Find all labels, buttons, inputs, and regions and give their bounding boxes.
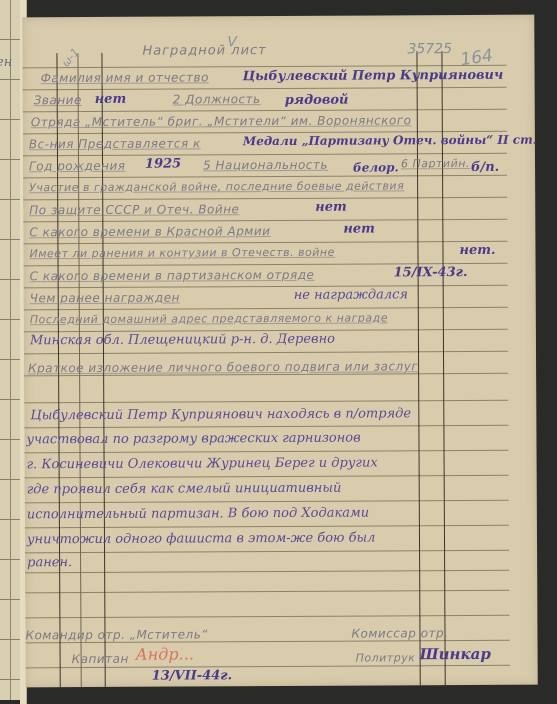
commissar-title: Комиссар отр. [351, 626, 448, 641]
field-label-defense: По защите СССР и Отеч. Войне [29, 202, 239, 217]
rule [24, 425, 508, 429]
rule [24, 400, 508, 404]
commander-rank: Капитан [72, 652, 129, 666]
summary-heading: Краткое изложение личного боевого подвиг… [28, 359, 418, 375]
field-label-birth-year: Год рождения [29, 159, 126, 174]
rule [25, 525, 509, 529]
field-label-award: Вс-ния Представляется к [29, 136, 201, 151]
rule [23, 109, 507, 113]
field-value-name: Цыбулевский Петр Куприянович [243, 68, 504, 84]
rule [23, 197, 507, 201]
rule [23, 153, 507, 157]
rule [25, 450, 509, 454]
field-value-award: Медали „Партизану Отеч. войны“ II ст. [243, 133, 537, 149]
rule [23, 175, 507, 179]
field-label-civil-war: Участие в гражданской войне, последние б… [29, 179, 404, 194]
field-value-nationality: белор. [353, 160, 399, 174]
rule [25, 570, 509, 574]
summary-line: уничтожил одного фашиста в этом-же бою б… [27, 531, 375, 548]
field-label-party: 6 Партийн. [401, 157, 470, 170]
summary-line: участвовал по разгрому вражеских гарнизо… [26, 431, 360, 448]
rule [25, 615, 509, 619]
page-number: 164 [459, 46, 494, 70]
rule [24, 285, 508, 289]
field-label-name: Фамилия имя и отчество [41, 70, 209, 85]
margin-note: ω-1 [59, 46, 82, 70]
summary-line: г. Косиневичи Олековичи Журинец Берег и … [27, 455, 378, 472]
field-value-previous-awards: не награждался [294, 287, 408, 303]
field-value-wounds: нет. [459, 243, 495, 258]
summary-line: исполнительный партизан. В бою под Ходак… [27, 506, 369, 523]
rule [24, 351, 508, 355]
field-label-unit: Отряда „Мститель“ бриг. „Мстители“ им. В… [31, 113, 412, 129]
field-value-partisan-since: 15/IX-43г. [394, 265, 468, 280]
field-value-position: рядовой [285, 93, 349, 108]
commissar-signature: Шинкар [420, 645, 491, 663]
summary-line: Цыбулевский Петр Куприянович находясь в … [30, 406, 411, 423]
archive-number: 35725 [407, 41, 452, 57]
summary-line: где проявил себя как смелый инициативный [27, 481, 342, 498]
field-label-partisan-since: С какого времени в партизанском отряде [30, 268, 315, 283]
field-label-red-army: С какого времени в Красной Армии [29, 224, 270, 239]
signature-date: 13/VII-44г. [152, 668, 232, 683]
rule [25, 550, 509, 554]
field-label-address: Последний домашний адрес представляемого… [30, 311, 388, 326]
rule [24, 307, 508, 311]
field-label-previous-awards: Чем ранее награжден [30, 291, 180, 306]
commissar-rank: Политрук [356, 651, 416, 664]
rule [23, 241, 507, 245]
summary-line: ранен. [27, 555, 72, 570]
field-label-position: 2 Должность [173, 92, 261, 106]
award-sheet: V ω-1 35725 164 Наградной лист Фамилия и… [22, 15, 538, 688]
commander-title: Командир отр. „Мститель“ [25, 627, 208, 642]
field-value-red-army: нет [343, 222, 375, 237]
adjacent-page-text: ен [0, 55, 12, 70]
field-value-party: б/п. [471, 160, 499, 175]
field-label-rank: Звание [34, 93, 82, 107]
rule [23, 87, 507, 91]
field-label-wounds: Имеет ли ранения и контузии в Отечеств. … [29, 246, 334, 261]
adjacent-page-rule [10, 0, 11, 700]
field-value-defense: нет [315, 200, 347, 215]
document-title: Наградной лист [142, 43, 266, 59]
field-value-rank: нет [95, 92, 127, 107]
field-value-address: Минская обл. Плещеницкий р-н. д. Деревно [30, 332, 335, 349]
rule [25, 590, 509, 594]
rule [23, 219, 507, 223]
field-value-birth-year: 1925 [145, 157, 181, 172]
rule [25, 500, 509, 504]
rule [25, 475, 509, 479]
commander-signature: Андр... [136, 644, 194, 663]
field-label-nationality: 5 Национальность [203, 158, 328, 173]
